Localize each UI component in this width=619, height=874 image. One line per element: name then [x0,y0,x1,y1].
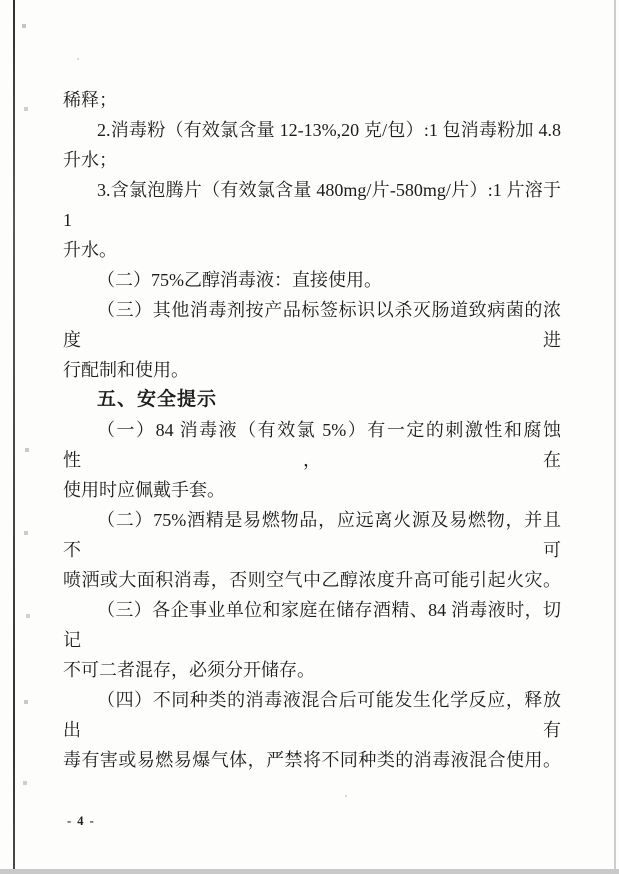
text-line: 稀释； [63,85,561,115]
section-heading: 五、安全提示 [63,385,561,415]
text-line: 毒有害或易燃易爆气体，严禁将不同种类的消毒液混合使用。 [63,745,561,775]
text-line: 不可二者混存，必须分开储存。 [63,655,561,685]
page-edge-bottom [0,869,619,874]
text-line: （二）75%乙醇消毒液：直接使用。 [63,265,561,295]
text-line: 升水； [63,145,561,175]
text-line: （三）各企事业单位和家庭在储存酒精、84 消毒液时，切记 [63,595,561,655]
scan-edge-left [13,0,15,874]
page-number: - 4 - [67,814,95,829]
text-line: 使用时应佩戴手套。 [63,475,561,505]
document-body: 稀释；2.消毒粉（有效氯含量 12-13%,20 克/包）:1 包消毒粉加 4.… [63,85,561,775]
text-line: 2.消毒粉（有效氯含量 12-13%,20 克/包）:1 包消毒粉加 4.8 [63,115,561,145]
text-line: （二）75%酒精是易燃物品，应远离火源及易燃物，并且不可 [63,505,561,565]
text-line: 升水。 [63,235,561,265]
text-line: （一）84 消毒液（有效氯 5%）有一定的刺激性和腐蚀性，在 [63,415,561,475]
text-line: 行配制和使用。 [63,355,561,385]
page-edge-right [614,0,616,874]
text-line: 喷洒或大面积消毒，否则空气中乙醇浓度升高可能引起火灾。 [63,565,561,595]
scan-speckles [0,0,2,2]
text-line: （四）不同种类的消毒液混合后可能发生化学反应，释放出有 [63,685,561,745]
text-line: （三）其他消毒剂按产品标签标识以杀灭肠道致病菌的浓度进 [63,295,561,355]
text-line: 3.含氯泡腾片（有效氯含量 480mg/片-580mg/片）:1 片溶于 1 [63,175,561,235]
document-page: 稀释；2.消毒粉（有效氯含量 12-13%,20 克/包）:1 包消毒粉加 4.… [0,0,619,874]
